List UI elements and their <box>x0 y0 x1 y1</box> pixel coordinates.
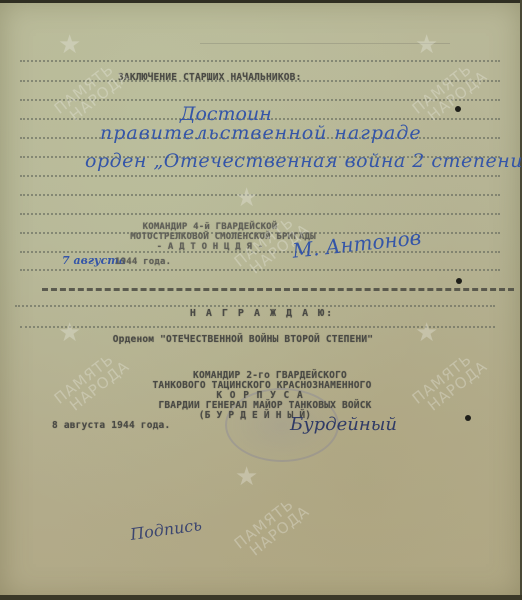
form-dotted-line <box>20 213 500 215</box>
scan-top-edge <box>0 0 522 3</box>
section-heading: ЗАКЛЮЧЕНИЕ СТАРШИХ НАЧАЛЬНИКОВ: <box>118 72 302 83</box>
decision-heading: Н А Г Р А Ж Д А Ю: <box>190 308 334 319</box>
scan-bottom-edge <box>0 595 522 600</box>
scanned-document: ЗАКЛЮЧЕНИЕ СТАРШИХ НАЧАЛЬНИКОВ: Достоин … <box>0 0 522 600</box>
form-dotted-line <box>20 194 500 196</box>
corps-commander-signature: Бурдейный <box>290 414 397 435</box>
watermark-star-icon: ★ <box>58 30 81 60</box>
decision-text: Орденом "ОТЕЧЕСТВЕННОЙ ВОЙНЫ ВТОРОЙ СТЕП… <box>113 334 373 345</box>
form-dotted-line <box>20 60 500 62</box>
bottom-signature: Подпись <box>129 515 203 544</box>
handwritten-recommendation-line2: правительственной награде <box>100 122 422 144</box>
watermark-star-icon: ★ <box>415 30 438 60</box>
handwritten-recommendation-line3: орден „Отечественная война 2 степени“ <box>85 150 522 172</box>
form-dotted-line <box>15 305 495 307</box>
ink-blot <box>465 415 471 421</box>
section-separator <box>42 288 514 291</box>
ghost-rule <box>200 43 450 44</box>
brigade-date-year: 1944 года. <box>115 257 171 267</box>
brigade-commander-title-line1: КОМАНДИР 4-й ГВАРДЕЙСКОЙ <box>143 222 278 232</box>
watermark-star-icon: ★ <box>58 318 81 348</box>
watermark-text: ПАМЯТЬ НАРОДА <box>52 347 132 419</box>
corps-date: 8 августа 1944 года. <box>52 420 170 431</box>
watermark-star-icon: ★ <box>415 318 438 348</box>
watermark-star-icon: ★ <box>235 183 258 213</box>
watermark-star-icon: ★ <box>235 462 258 492</box>
form-dotted-line <box>20 175 500 177</box>
watermark-text: ПАМЯТЬ НАРОДА <box>232 492 312 564</box>
ink-blot <box>456 278 462 284</box>
watermark-text: ПАМЯТЬ НАРОДА <box>410 347 490 419</box>
